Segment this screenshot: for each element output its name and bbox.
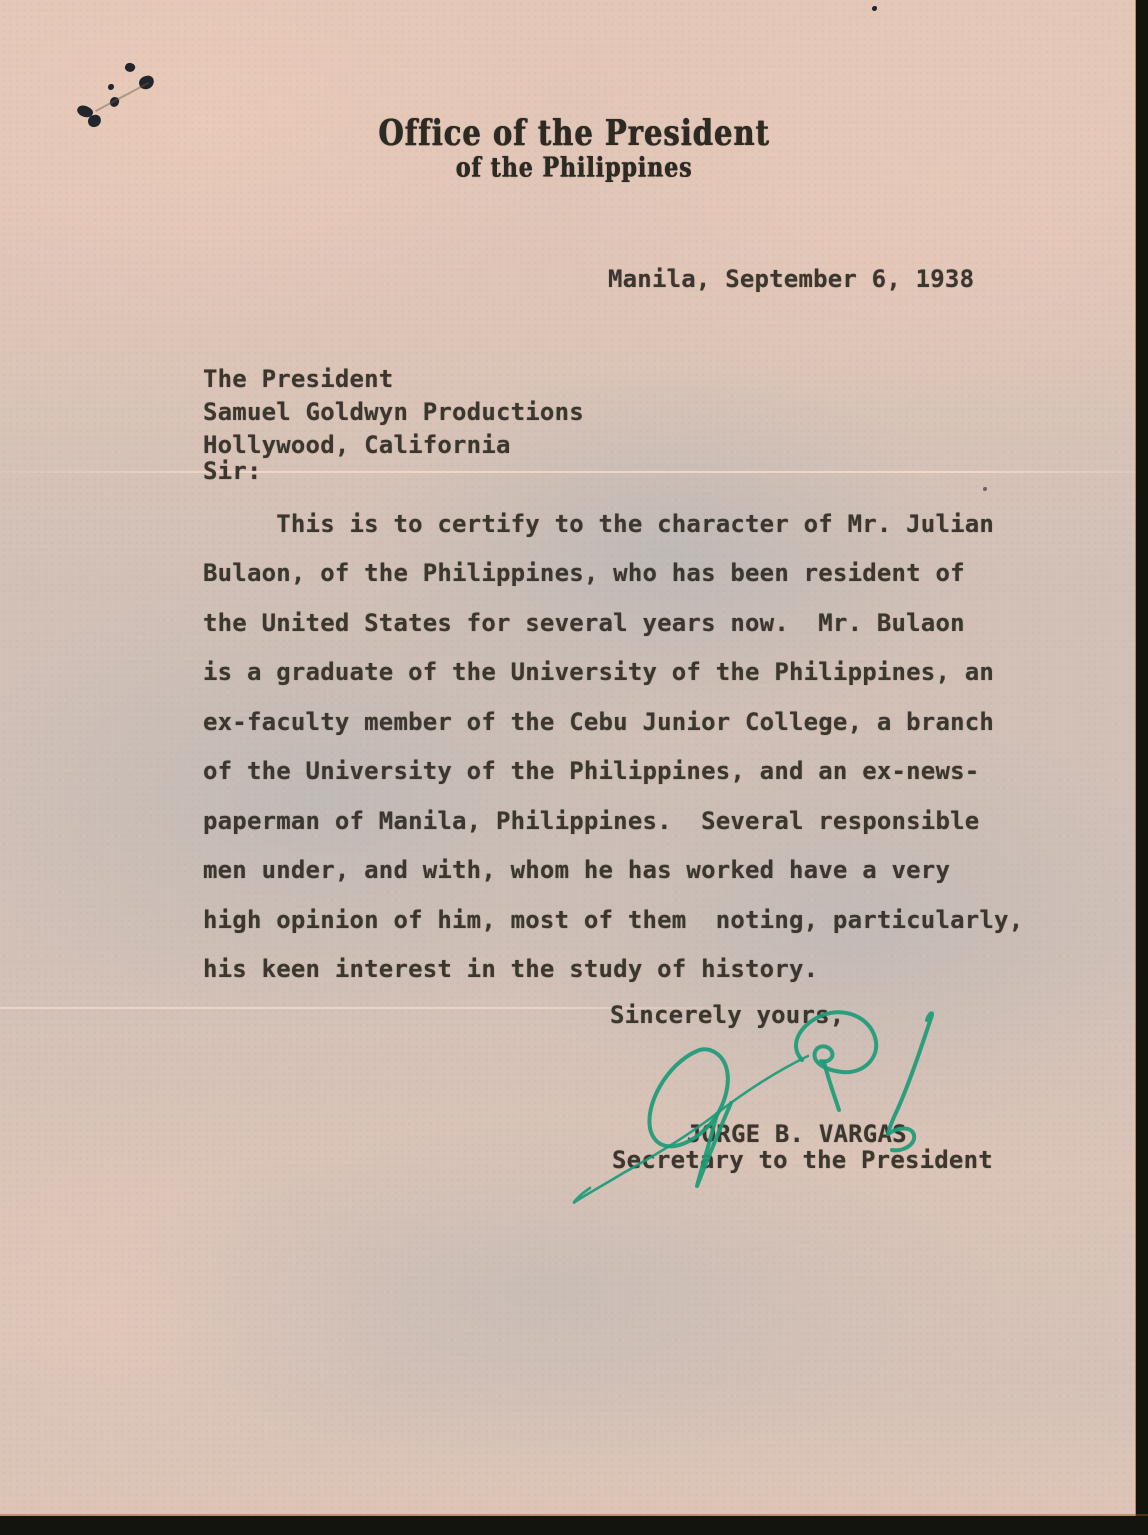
letterhead-line-2: of the Philippines xyxy=(0,152,1148,184)
body-line: men under, and with, whom he has worked … xyxy=(203,856,950,886)
body-line: high opinion of him, most of them noting… xyxy=(203,906,1023,936)
body-line: the United States for several years now.… xyxy=(203,609,965,639)
ink-blot xyxy=(124,62,136,74)
scan-edge-bottom xyxy=(0,1516,1148,1535)
recipient-line: Samuel Goldwyn Productions xyxy=(203,398,584,426)
recipient-line: The President xyxy=(203,365,393,393)
scanned-letter-page: Office of the President of the Philippin… xyxy=(0,0,1148,1535)
body-line: This is to certify to the character of M… xyxy=(203,510,994,540)
body-line: is a graduate of the University of the P… xyxy=(203,658,994,688)
scratch-mark xyxy=(95,82,149,112)
signature-ink xyxy=(540,1000,960,1230)
closing: Sincerely yours, xyxy=(610,1001,844,1029)
signer-title: Secretary to the President xyxy=(612,1146,993,1174)
scan-edge-right xyxy=(1136,0,1148,1535)
body-line: of the University of the Philippines, an… xyxy=(203,757,979,787)
ink-blot xyxy=(108,84,114,90)
ink-speck xyxy=(872,6,877,11)
body-line: Bulaon, of the Philippines, who has been… xyxy=(203,559,965,589)
body-line: paperman of Manila, Philippines. Several… xyxy=(203,807,979,837)
salutation: Sir: xyxy=(203,457,262,485)
body-line: ex-faculty member of the Cebu Junior Col… xyxy=(203,708,994,738)
dateline: Manila, September 6, 1938 xyxy=(608,265,974,293)
signer-name: JORGE B. VARGAS xyxy=(687,1120,907,1148)
fold-crease-upper xyxy=(0,471,1148,473)
recipient-line: Hollywood, California xyxy=(203,431,511,459)
letterhead-line-1: Office of the President xyxy=(0,112,1148,153)
body-line: his keen interest in the study of histor… xyxy=(203,955,818,985)
ink-speck xyxy=(983,487,987,491)
